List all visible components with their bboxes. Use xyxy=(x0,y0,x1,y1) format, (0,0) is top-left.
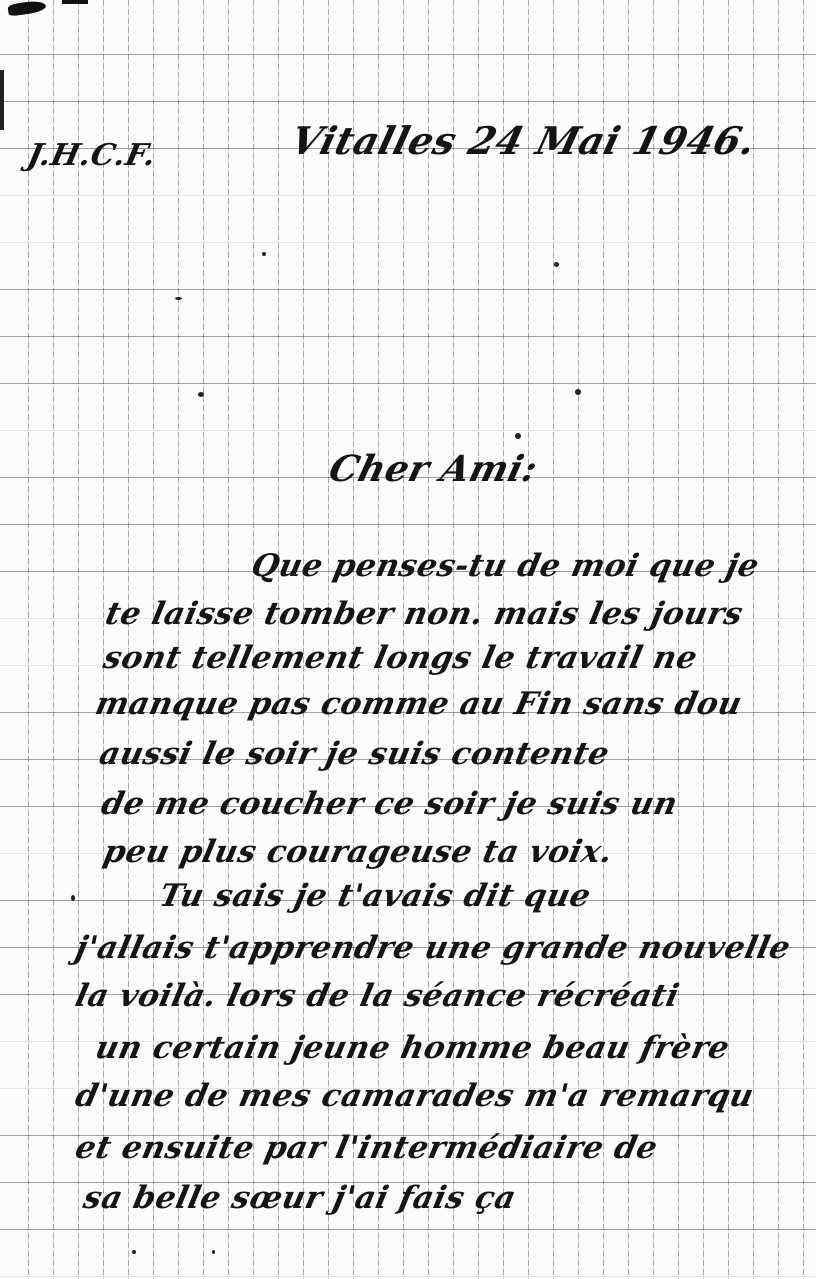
ink-speck xyxy=(212,1250,215,1254)
body-line: Que penses-tu de moi que je xyxy=(248,548,762,584)
letter-salutation: Cher Ami: xyxy=(325,448,542,490)
ink-speck xyxy=(515,433,521,439)
ink-speck xyxy=(198,392,204,397)
body-line: de me coucher ce soir je suis un xyxy=(98,786,681,822)
body-line: peu plus courageuse ta voix. xyxy=(100,834,616,870)
body-line: d'une de mes camarades m'a remarqu xyxy=(72,1078,757,1114)
ink-speck xyxy=(71,895,75,901)
body-line: te laisse tomber non. mais les jours xyxy=(102,596,746,632)
scan-smudge xyxy=(62,0,88,4)
body-line: sont tellement longs le travail ne xyxy=(100,640,701,676)
body-line: aussi le soir je suis contente xyxy=(96,736,613,772)
body-line: et ensuite par l'intermédiaire de xyxy=(72,1130,661,1166)
ink-speck xyxy=(262,252,266,256)
body-line: Tu sais je t'avais dit que xyxy=(156,878,594,914)
body-line: un certain jeune homme beau frère xyxy=(92,1030,733,1066)
body-line: sa belle sœur j'ai fais ça xyxy=(80,1180,519,1216)
ink-speck xyxy=(554,262,559,267)
scan-edge-mark xyxy=(0,70,4,130)
letter-initials: J.H.C.F. xyxy=(24,138,159,173)
ink-speck xyxy=(575,389,581,395)
body-line: manque pas comme au Fin sans dou xyxy=(92,686,745,722)
body-line: j'allais t'apprendre une grande nouvelle xyxy=(72,930,794,966)
ink-speck xyxy=(132,1250,136,1254)
letter-place-date: Vitalles 24 Mai 1946. xyxy=(286,118,760,163)
body-line: la voilà. lors de la séance récréati xyxy=(72,978,682,1014)
ink-speck xyxy=(175,297,182,300)
